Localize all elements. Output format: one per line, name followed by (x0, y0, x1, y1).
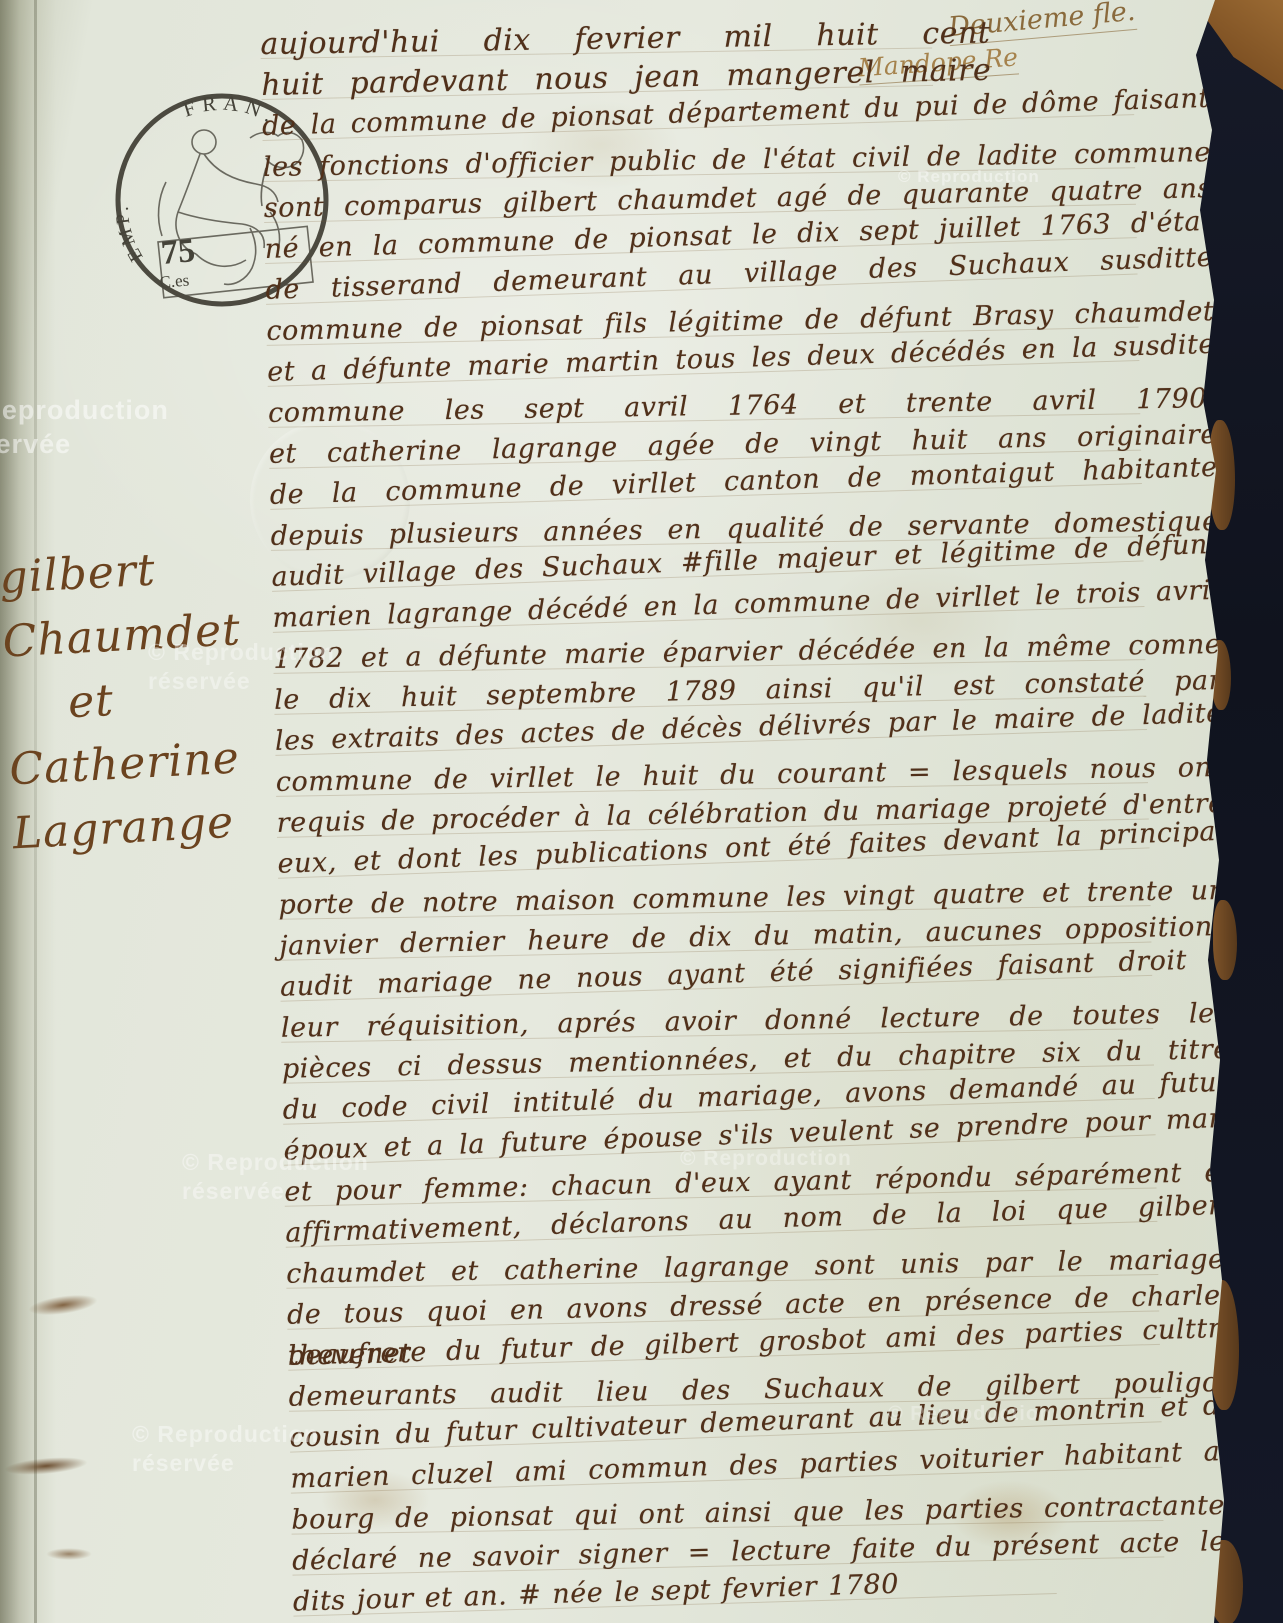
document-paper: FRAN. EMP. (0, 0, 1283, 1623)
margin-name-word: Chaumdet (1, 598, 254, 675)
stamp-value: 75 (159, 232, 196, 272)
scanned-register-page: FRAN. EMP. (0, 0, 1283, 1623)
act-body: aujourd'hui dix fevrier mil huit centhui… (260, 4, 1241, 1623)
stamp-unit: C.es (159, 270, 190, 292)
margin-name-word: Lagrange (11, 789, 264, 866)
margin-party-names: gilbertChaumdetetCatherineLagrange (0, 534, 264, 867)
